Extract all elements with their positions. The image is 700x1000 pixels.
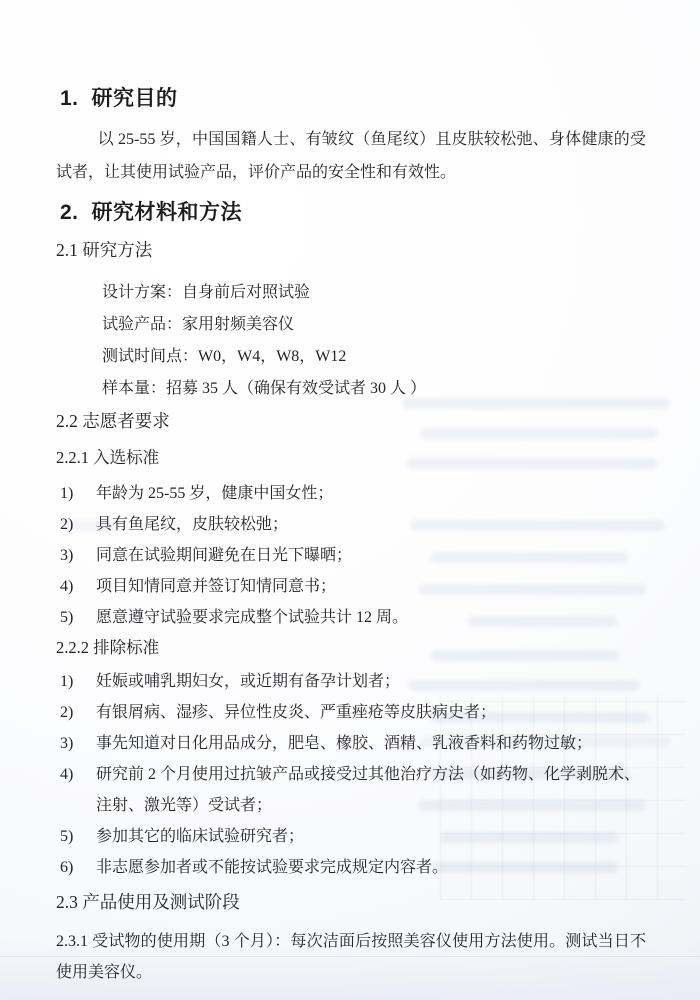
list-text: 愿意遵守试验要求完成整个试验共计 12 周。 bbox=[96, 609, 408, 626]
list-text: 同意在试验期间避免在日光下曝晒； bbox=[96, 547, 352, 564]
exclusion-criteria-list: 1) 妊娠或哺乳期妇女，或近期有备孕计划者； 2) 有银屑病、湿疹、异位性皮炎、… bbox=[56, 666, 646, 883]
section-1-paragraph: 以 25-55 岁，中国国籍人士、有皱纹（鱼尾纹）且皮肤较松弛、身体健康的受试者… bbox=[56, 123, 646, 189]
list-number: 5) bbox=[60, 821, 73, 852]
list-number: 6) bbox=[60, 852, 73, 883]
exclusion-item: 3) 事先知道对日化用品成分，肥皂、橡胶、酒精、乳液香料和药物过敏； bbox=[56, 728, 646, 759]
study-method-details: 设计方案：自身前后对照试验 试验产品：家用射频美容仪 测试时间点：W0，W4，W… bbox=[102, 277, 646, 405]
inclusion-item: 1) 年龄为 25-55 岁，健康中国女性； bbox=[56, 478, 646, 509]
list-number: 1) bbox=[60, 478, 73, 509]
list-text: 研究前 2 个月使用过抗皱产品或接受过其他治疗方法（如药物、化学剥脱术、注射、激… bbox=[96, 766, 640, 814]
inclusion-item: 2) 具有鱼尾纹，皮肤较松弛； bbox=[56, 509, 646, 540]
section-2-title: 研究材料和方法 bbox=[92, 201, 243, 224]
list-number: 5) bbox=[60, 602, 73, 633]
list-text: 具有鱼尾纹，皮肤较松弛； bbox=[96, 516, 288, 533]
list-number: 4) bbox=[60, 571, 73, 602]
subsection-2-2-2-heading: 2.2.2 排除标准 bbox=[56, 635, 646, 661]
section-2-heading: 2.研究材料和方法 bbox=[60, 198, 646, 227]
list-text: 有银屑病、湿疹、异位性皮炎、严重痤疮等皮肤病史者； bbox=[96, 704, 496, 721]
exclusion-item: 2) 有银屑病、湿疹、异位性皮炎、严重痤疮等皮肤病史者； bbox=[56, 697, 646, 728]
list-text: 年龄为 25-55 岁，健康中国女性； bbox=[96, 485, 333, 502]
list-number: 1) bbox=[60, 666, 73, 697]
list-number: 2) bbox=[60, 509, 73, 540]
section-1-heading: 1.研究目的 bbox=[60, 84, 646, 113]
detail-timepoints: 测试时间点：W0，W4，W8，W12 bbox=[102, 341, 646, 373]
list-number: 2) bbox=[60, 697, 73, 728]
exclusion-item: 5) 参加其它的临床试验研究者； bbox=[56, 821, 646, 852]
inclusion-item: 4) 项目知情同意并签订知情同意书； bbox=[56, 571, 646, 602]
detail-sample-size: 样本量：招募 35 人（确保有效受试者 30 人 ） bbox=[102, 373, 646, 405]
inclusion-item: 5) 愿意遵守试验要求完成整个试验共计 12 周。 bbox=[56, 602, 646, 633]
document-body: 1.研究目的 以 25-55 岁，中国国籍人士、有皱纹（鱼尾纹）且皮肤较松弛、身… bbox=[56, 84, 646, 988]
list-number: 4) bbox=[60, 759, 73, 790]
list-text: 事先知道对日化用品成分，肥皂、橡胶、酒精、乳液香料和药物过敏； bbox=[96, 735, 592, 752]
subsection-2-1-heading: 2.1 研究方法 bbox=[56, 236, 646, 265]
exclusion-item: 6) 非志愿参加者或不能按试验要求完成规定内容者。 bbox=[56, 852, 646, 883]
list-text: 参加其它的临床试验研究者； bbox=[96, 828, 304, 845]
list-text: 非志愿参加者或不能按试验要求完成规定内容者。 bbox=[96, 859, 448, 876]
list-text: 项目知情同意并签订知情同意书； bbox=[96, 578, 336, 595]
inclusion-item: 3) 同意在试验期间避免在日光下曝晒； bbox=[56, 540, 646, 571]
inclusion-criteria-list: 1) 年龄为 25-55 岁，健康中国女性； 2) 具有鱼尾纹，皮肤较松弛； 3… bbox=[56, 478, 646, 633]
subsection-2-2-heading: 2.2 志愿者要求 bbox=[56, 407, 646, 436]
scanned-document-page: 1.研究目的 以 25-55 岁，中国国籍人士、有皱纹（鱼尾纹）且皮肤较松弛、身… bbox=[0, 0, 700, 1000]
section-2-number: 2. bbox=[60, 201, 79, 224]
section-1-number: 1. bbox=[60, 87, 79, 110]
subsection-2-3-1-paragraph: 2.3.1 受试物的使用期（3 个月）：每次洁面后按照美容仪使用方法使用。测试当… bbox=[56, 926, 646, 988]
subsection-2-2-1-heading: 2.2.1 入选标准 bbox=[56, 445, 646, 471]
detail-product: 试验产品：家用射频美容仪 bbox=[102, 309, 646, 341]
list-number: 3) bbox=[60, 728, 73, 759]
subsection-2-3-heading: 2.3 产品使用及测试阶段 bbox=[56, 888, 646, 917]
exclusion-item: 1) 妊娠或哺乳期妇女，或近期有备孕计划者； bbox=[56, 666, 646, 697]
list-text: 妊娠或哺乳期妇女，或近期有备孕计划者； bbox=[96, 673, 400, 690]
detail-design: 设计方案：自身前后对照试验 bbox=[102, 277, 646, 309]
list-number: 3) bbox=[60, 540, 73, 571]
exclusion-item: 4) 研究前 2 个月使用过抗皱产品或接受过其他治疗方法（如药物、化学剥脱术、注… bbox=[56, 759, 646, 821]
section-1-title: 研究目的 bbox=[92, 87, 178, 110]
